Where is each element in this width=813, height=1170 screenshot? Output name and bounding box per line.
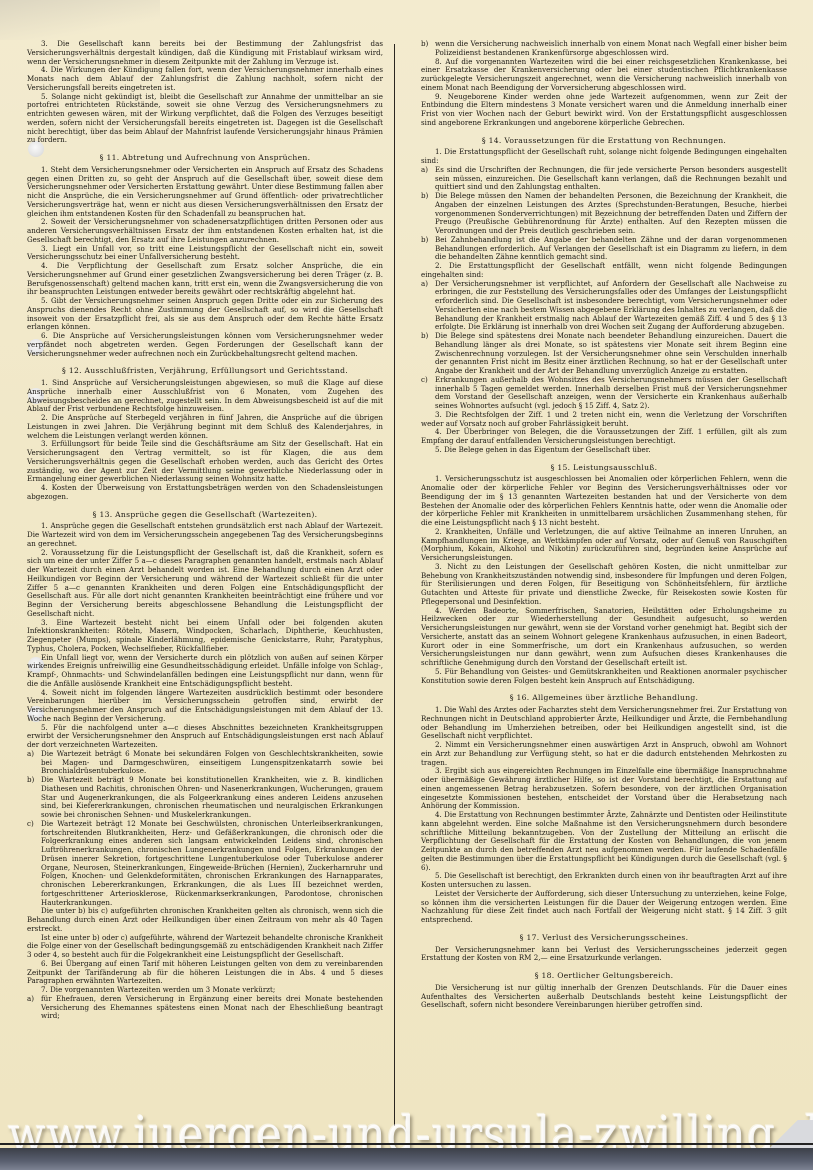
sub-item: c)Erkrankungen außerhalb des Wohnsitzes …	[421, 376, 787, 411]
sub-item-label: b)	[27, 776, 34, 785]
paragraph: Ein Unfall liegt vor, wenn der Versicher…	[27, 654, 383, 689]
paragraph: 4. Kosten der Überweisung von Erstattung…	[27, 484, 383, 502]
sub-item-label: c)	[421, 376, 428, 385]
right-column: b)wenn die Versicherung nachweislich inn…	[421, 40, 787, 1010]
paragraph: Der Versicherungsnehmer kann bei Verlust…	[421, 946, 787, 964]
paragraph: Leistet der Versicherte der Aufforderung…	[421, 890, 787, 925]
section-heading: § 13. Ansprüche gegen die Gesellschaft (…	[27, 511, 383, 520]
sub-item-text: wenn die Versicherung nachweislich inner…	[435, 39, 787, 57]
paragraph: 5. Gibt der Versicherungsnehmer seinen A…	[27, 297, 383, 332]
sub-item-label: b)	[421, 40, 428, 49]
paragraph: 2. Soweit der Versicherungsnehmer von sc…	[27, 218, 383, 244]
paragraph: 3. Ergibt sich aus eingereichten Rechnun…	[421, 767, 787, 811]
paragraph: 4. Die Wirkungen der Kündigung fallen fo…	[27, 66, 383, 92]
sub-item: a)Die Wartezeit beträgt 6 Monate bei sek…	[27, 750, 383, 776]
column-divider	[394, 44, 395, 1126]
sub-item-text: für Ehefrauen, deren Versicherung in Erg…	[41, 994, 383, 1021]
section-heading: § 16. Allgemeines über ärztliche Behandl…	[421, 694, 787, 703]
sub-item-text: Erkrankungen außerhalb des Wohnsitzes de…	[435, 375, 787, 410]
paragraph: 1. Versicherungsschutz ist ausgeschlosse…	[421, 475, 787, 528]
sub-item-text: Die Wartezeit beträgt 6 Monate bei sekun…	[41, 749, 383, 776]
sub-item-label: c)	[27, 820, 34, 829]
sub-item-text: Der Versicherungsnehmer ist verpflichtet…	[435, 279, 787, 332]
paragraph: 9. Neugeborene Kinder werden ohne jede W…	[421, 93, 787, 128]
sub-item: a)Es sind die Urschriften der Rechnungen…	[421, 166, 787, 192]
paragraph: 3. Liegt ein Unfall vor, so tritt eine L…	[27, 245, 383, 263]
paragraph: 1. Die Wahl des Arztes oder Facharztes s…	[421, 706, 787, 741]
sub-item-text: Die Wartezeit beträgt 9 Monate bei konst…	[41, 775, 383, 819]
sub-item: c)Die Wartezeit beträgt 12 Monate bei Ge…	[27, 820, 383, 908]
sub-item-text: Die Belege sind spätestens drei Monate n…	[435, 331, 787, 375]
sub-item: a)für Ehefrauen, deren Versicherung in E…	[27, 995, 383, 1021]
sub-item-text: Die Belege müssen den Namen der behandel…	[435, 191, 787, 235]
paragraph: 1. Sind Ansprüche auf Versicherungsleist…	[27, 379, 383, 414]
paragraph: 4. Soweit nicht im folgenden längere War…	[27, 689, 383, 724]
paragraph: 6. Die Ansprüche auf Versicherungsleistu…	[27, 332, 383, 358]
scan-background-strip	[0, 1148, 813, 1170]
paragraph: 3. Nicht zu den Leistungen der Gesellsch…	[421, 563, 787, 607]
sub-item: b)Bei Zahnbehandlung ist die Angabe der …	[421, 236, 787, 262]
sub-item-label: a)	[27, 750, 34, 759]
paragraph: 3. Eine Wartezeit besteht nicht bei eine…	[27, 619, 383, 654]
paragraph: 2. Krankheiten, Unfälle und Verletzungen…	[421, 528, 787, 563]
sub-item: b)Die Wartezeit beträgt 9 Monate bei kon…	[27, 776, 383, 820]
section-heading: § 15. Leistungsausschluß.	[421, 464, 787, 473]
paragraph: 1. Ansprüche gegen die Gesellschaft ents…	[27, 522, 383, 548]
paragraph: 5. Die Belege gehen in das Eigentum der …	[421, 446, 787, 455]
paragraph: 2. Die Erstattungspflicht der Gesellscha…	[421, 262, 787, 280]
left-column: 3. Die Gesellschaft kann bereits bei der…	[27, 40, 383, 1021]
document-page: 3. Die Gesellschaft kann bereits bei der…	[0, 0, 813, 1148]
paragraph: 6. Bei Übergang auf einen Tarif mit höhe…	[27, 960, 383, 986]
paragraph: Ist eine unter b) oder c) aufgeführte, w…	[27, 934, 383, 960]
section-heading: § 17. Verlust des Versicherungsscheines.	[421, 934, 787, 943]
sub-item: b)Die Belege sind spätestens drei Monate…	[421, 332, 787, 376]
sub-item-text: Die Wartezeit beträgt 12 Monate bei Gesc…	[41, 819, 383, 907]
sub-item: b)wenn die Versicherung nachweislich inn…	[421, 40, 787, 58]
paragraph: 3. Erfüllungsort für beide Teile sind di…	[27, 440, 383, 484]
paragraph: 4. Die Erstattung von Rechnungen bestimm…	[421, 811, 787, 872]
sub-item-label: a)	[421, 280, 428, 289]
paragraph: Die Versicherung ist nur gültig innerhal…	[421, 984, 787, 1010]
paragraph: 3. Die Gesellschaft kann bereits bei der…	[27, 40, 383, 66]
sub-item: b)Die Belege müssen den Namen der behand…	[421, 192, 787, 236]
paragraph: 5. Solange nicht gekündigt ist, bleibt d…	[27, 93, 383, 146]
paragraph: Die unter b) bis c) aufgeführten chronis…	[27, 907, 383, 933]
sub-item-label: b)	[421, 236, 428, 245]
paragraph: 2. Voraussetzung für die Leistungspflich…	[27, 549, 383, 619]
paragraph: 4. Werden Badeorte, Sommerfrischen, Sana…	[421, 607, 787, 668]
page-edge	[0, 1143, 813, 1145]
paragraph: 2. Nimmt ein Versicherungsnehmer einen a…	[421, 741, 787, 767]
sub-item-label: a)	[27, 995, 34, 1004]
section-heading: § 11. Abtretung und Aufrechnung von Ansp…	[27, 154, 383, 163]
sub-item-label: a)	[421, 166, 428, 175]
section-heading: § 14. Voraussetzungen für die Erstattung…	[421, 137, 787, 146]
paragraph: 4. Die Verpflichtung der Gesellschaft zu…	[27, 262, 383, 297]
paragraph: 8. Auf die vorgenannten Wartezeiten wird…	[421, 58, 787, 93]
section-heading: § 18. Oertlicher Geltungsbereich.	[421, 972, 787, 981]
sub-item-label: b)	[421, 332, 428, 341]
paragraph: 5. Für die nachfolgend unter a—c dieses …	[27, 724, 383, 750]
paragraph: 1. Die Erstattungspflicht der Gesellscha…	[421, 148, 787, 166]
sub-item-text: Bei Zahnbehandlung ist die Angabe der be…	[435, 235, 787, 262]
paragraph: 1. Steht dem Versicherungsnehmer oder Ve…	[27, 166, 383, 219]
paragraph: 5. Für Behandlung von Geistes- und Gemüt…	[421, 668, 787, 686]
section-heading: § 12. Ausschlußfristen, Verjährung, Erfü…	[27, 367, 383, 376]
paragraph: 2. Die Ansprüche auf Sterbegeld verjähre…	[27, 414, 383, 440]
paragraph: 3. Die Rechtsfolgen der Ziff. 1 und 2 tr…	[421, 411, 787, 429]
paragraph: 4. Der Überbringer von Belegen, die die …	[421, 428, 787, 446]
sub-item: a)Der Versicherungsnehmer ist verpflicht…	[421, 280, 787, 333]
paragraph: 5. Die Gesellschaft ist berechtigt, den …	[421, 872, 787, 890]
sub-item-text: Es sind die Urschriften der Rechnungen, …	[435, 165, 787, 192]
sub-item-label: b)	[421, 192, 428, 201]
